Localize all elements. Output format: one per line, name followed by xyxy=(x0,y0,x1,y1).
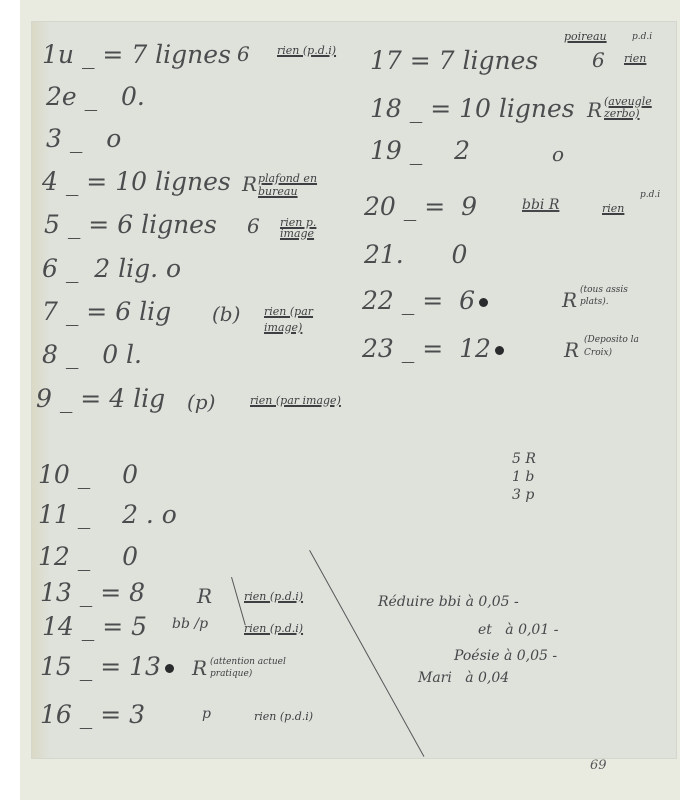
entry-sep: _ xyxy=(66,254,79,283)
summary-value: à 0,01 - xyxy=(505,622,558,638)
diagonal-stroke xyxy=(309,550,424,757)
bullet-dot xyxy=(495,346,504,355)
entry-value: 10 lignes xyxy=(459,94,574,123)
entry-sep: _ = xyxy=(66,167,107,196)
entry-sep: _ = xyxy=(82,40,123,69)
entry-num: 8 xyxy=(42,340,58,369)
entry-4-mark: R xyxy=(242,172,257,196)
entry-sep: _ xyxy=(78,542,91,571)
entry-11: 11 _ 2 . o xyxy=(38,500,177,529)
summary-line-1: Réduire bbi à 0,05 - xyxy=(378,594,519,610)
entry-value: 6 lig xyxy=(115,297,171,326)
entry-sep: _ = xyxy=(80,700,121,729)
entry-18-mark: R xyxy=(587,98,602,122)
entry-17-note: rien xyxy=(624,52,646,65)
entry-15-mark: R xyxy=(192,656,207,680)
entry-19: 19 _ 2 xyxy=(370,136,470,165)
entry-value: 8 xyxy=(129,578,145,607)
entry-sep: _ xyxy=(78,460,91,489)
bullet-dot xyxy=(165,664,174,673)
entry-7: 7 _ = 6 lig xyxy=(42,297,171,326)
entry-22-mark: R xyxy=(562,288,577,312)
manuscript-sheet: 1u _ = 7 lignes 6 rien (p.d.i) 2e _ 0. 3… xyxy=(32,22,676,758)
entry-9-note: rien (par image) xyxy=(250,394,341,407)
entry-sep: _ = xyxy=(66,297,107,326)
entry-value: 13 xyxy=(129,652,161,681)
entry-sep: _ = xyxy=(80,578,121,607)
tally-line: 5 R xyxy=(512,450,536,468)
entry-4-note: plafond en bureau xyxy=(258,172,328,198)
entry-sep: _ = xyxy=(68,210,109,239)
entry-20: 20 _ = 9 xyxy=(364,192,477,221)
entry-9-mark: (p) xyxy=(187,390,215,414)
entry-sep: _ xyxy=(66,340,79,369)
entry-value: 4 lig xyxy=(109,384,165,413)
entry-22-note: (tous assis plats). xyxy=(580,284,650,308)
entry-sep: _ = xyxy=(404,192,445,221)
entry-5-mark: 6 xyxy=(247,214,260,238)
summary-value: à 0,05 - xyxy=(504,648,557,664)
margin-tally: 5 R 1 b 3 p xyxy=(512,450,536,504)
entry-6: 6 _ 2 lig. o xyxy=(42,254,181,283)
entry-value: 2 lig. o xyxy=(94,254,181,283)
entry-num: 4 xyxy=(42,167,58,196)
entry-12: 12 _ 0 xyxy=(38,542,138,571)
entry-sep: _ = xyxy=(80,652,121,681)
entry-value: o xyxy=(106,124,121,153)
entry-sep: _ = xyxy=(82,612,123,641)
entry-5-note: rien p. image xyxy=(280,217,330,239)
entry-17-note-sup: p.d.i xyxy=(632,32,652,42)
entry-21: 21. 0 xyxy=(364,240,467,269)
entry-num: 14 xyxy=(42,612,74,641)
entry-sep: _ = xyxy=(410,94,451,123)
entry-value: 7 lignes xyxy=(439,46,539,75)
entry-num: 12 xyxy=(38,542,70,571)
entry-value: 6 xyxy=(459,286,475,315)
entry-sep: = xyxy=(410,46,431,75)
entry-value: 12 xyxy=(459,334,491,363)
entry-20-note: rien xyxy=(602,202,624,215)
entry-num: 18 xyxy=(370,94,402,123)
entry-num: 3 xyxy=(46,124,62,153)
entry-sep: _ xyxy=(85,82,98,111)
entry-num: 13 xyxy=(40,578,72,607)
entry-value: 10 lignes xyxy=(115,167,230,196)
entry-num: 16 xyxy=(40,700,72,729)
entry-14: 14 _ = 5 xyxy=(42,612,147,641)
summary-line-4: Mari à 0,04 xyxy=(418,670,509,686)
summary-label: Poésie xyxy=(454,648,500,664)
entry-sep: _ xyxy=(78,500,91,529)
entry-13: 13 _ = 8 xyxy=(40,578,145,607)
entry-7-note: rien (par image) xyxy=(264,304,334,336)
entry-value: 9 xyxy=(461,192,477,221)
entry-value: 6 lignes xyxy=(117,210,217,239)
entry-num: 21. xyxy=(364,240,404,269)
entry-14-mark: bb /p xyxy=(172,616,208,632)
entry-13-mark: R xyxy=(197,584,212,608)
entry-15-note: (attention actuel pratique) xyxy=(210,656,300,680)
summary-line-2: et à 0,01 - xyxy=(478,622,558,638)
entry-23-note: (Deposito la Croix) xyxy=(584,334,648,360)
entry-20-note-sup: p.d.i xyxy=(640,190,660,200)
bullet-dot xyxy=(479,298,488,307)
entry-num: 22 xyxy=(362,286,394,315)
entry-value: 7 lignes xyxy=(131,40,231,69)
entry-4: 4 _ = 10 lignes xyxy=(42,167,231,196)
tally-line: 1 b xyxy=(512,468,536,486)
entry-15: 15 _ = 13 xyxy=(40,652,174,681)
entry-num: 1u xyxy=(42,40,74,69)
page-number: 69 xyxy=(590,758,607,773)
entry-num: 11 xyxy=(38,500,70,529)
entry-sep: _ = xyxy=(60,384,101,413)
entry-18: 18 _ = 10 lignes xyxy=(370,94,575,123)
entry-17-mark: 6 xyxy=(592,48,605,72)
entry-5: 5 _ = 6 lignes xyxy=(44,210,217,239)
entry-19-mark: o xyxy=(552,142,564,166)
entry-value: 0 xyxy=(451,240,467,269)
entry-num: 5 xyxy=(44,210,60,239)
entry-10: 10 _ 0 xyxy=(38,460,138,489)
entry-23-mark: R xyxy=(564,338,579,362)
entry-1: 1u _ = 7 lignes xyxy=(42,40,231,69)
entry-14-note: rien (p.d.i) xyxy=(244,622,303,635)
entry-num: 17 xyxy=(370,46,402,75)
entry-num: 6 xyxy=(42,254,58,283)
entry-num: 20 xyxy=(364,192,396,221)
entry-22: 22 _ = 6 xyxy=(362,286,488,315)
entry-20-mark: bbi R xyxy=(522,197,559,213)
entry-value: 2 . o xyxy=(122,500,177,529)
entry-2: 2e _ 0. xyxy=(46,82,145,111)
entry-23: 23 _ = 12 xyxy=(362,334,504,363)
entry-sep: _ xyxy=(410,136,423,165)
entry-18-note: (aveugle zerbo) xyxy=(604,96,652,120)
entry-sep: _ = xyxy=(402,334,443,363)
entry-7-mark: (b) xyxy=(212,302,240,326)
entry-value: 3 xyxy=(129,700,145,729)
entry-num: 23 xyxy=(362,334,394,363)
entry-3: 3 _ o xyxy=(46,124,121,153)
entry-16: 16 _ = 3 xyxy=(40,700,145,729)
entry-value: 0 xyxy=(122,542,138,571)
entry-num: 2e xyxy=(46,82,77,111)
entry-1-note: rien (p.d.i) xyxy=(277,44,336,57)
entry-value: 0. xyxy=(121,82,145,111)
summary-label: et xyxy=(478,622,492,638)
entry-16-note: rien (p.d.i) xyxy=(254,710,313,723)
entry-1-mark: 6 xyxy=(237,42,250,66)
entry-13-note: rien (p.d.i) xyxy=(244,590,303,603)
entry-num: 10 xyxy=(38,460,70,489)
entry-16-mark: p xyxy=(202,706,211,722)
entry-value: 0 xyxy=(122,460,138,489)
summary-label: Mari xyxy=(418,670,452,686)
entry-sep: _ = xyxy=(402,286,443,315)
entry-9: 9 _ = 4 lig xyxy=(36,384,165,413)
entry-num: 9 xyxy=(36,384,52,413)
summary-value: à 0,04 xyxy=(465,670,509,686)
entry-num: 19 xyxy=(370,136,402,165)
entry-8: 8 _ 0 l. xyxy=(42,340,142,369)
entry-value: 0 l. xyxy=(102,340,142,369)
tally-line: 3 p xyxy=(512,486,536,504)
entry-sep: _ xyxy=(70,124,83,153)
summary-line-3: Poésie à 0,05 - xyxy=(454,648,557,664)
summary-label: Réduire bbi xyxy=(378,594,461,610)
entry-value: 5 xyxy=(131,612,147,641)
entry-num: 15 xyxy=(40,652,72,681)
entry-17: 17 = 7 lignes xyxy=(370,46,538,75)
entry-value: 2 xyxy=(454,136,470,165)
entry-num: 7 xyxy=(42,297,58,326)
summary-value: à 0,05 - xyxy=(466,594,519,610)
entry-17-note-top: poireau xyxy=(564,30,607,43)
